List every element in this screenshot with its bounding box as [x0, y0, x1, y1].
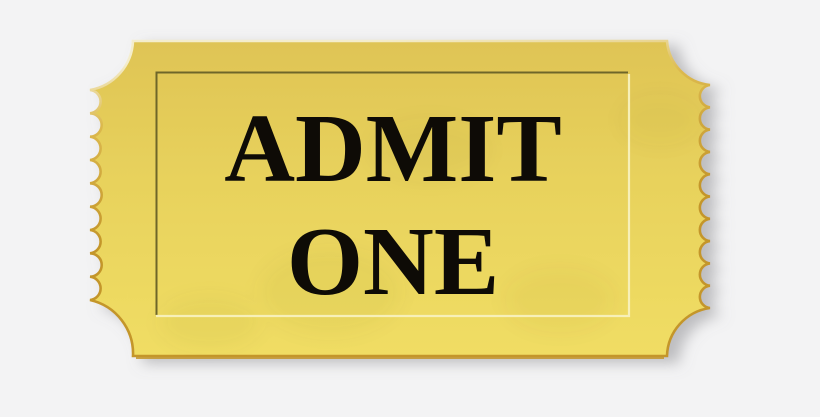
admit-one-ticket-image: ADMIT ONE — [0, 0, 820, 417]
ticket-text-line1: ADMIT — [224, 95, 562, 203]
ticket-text-line2: ONE — [287, 208, 499, 316]
